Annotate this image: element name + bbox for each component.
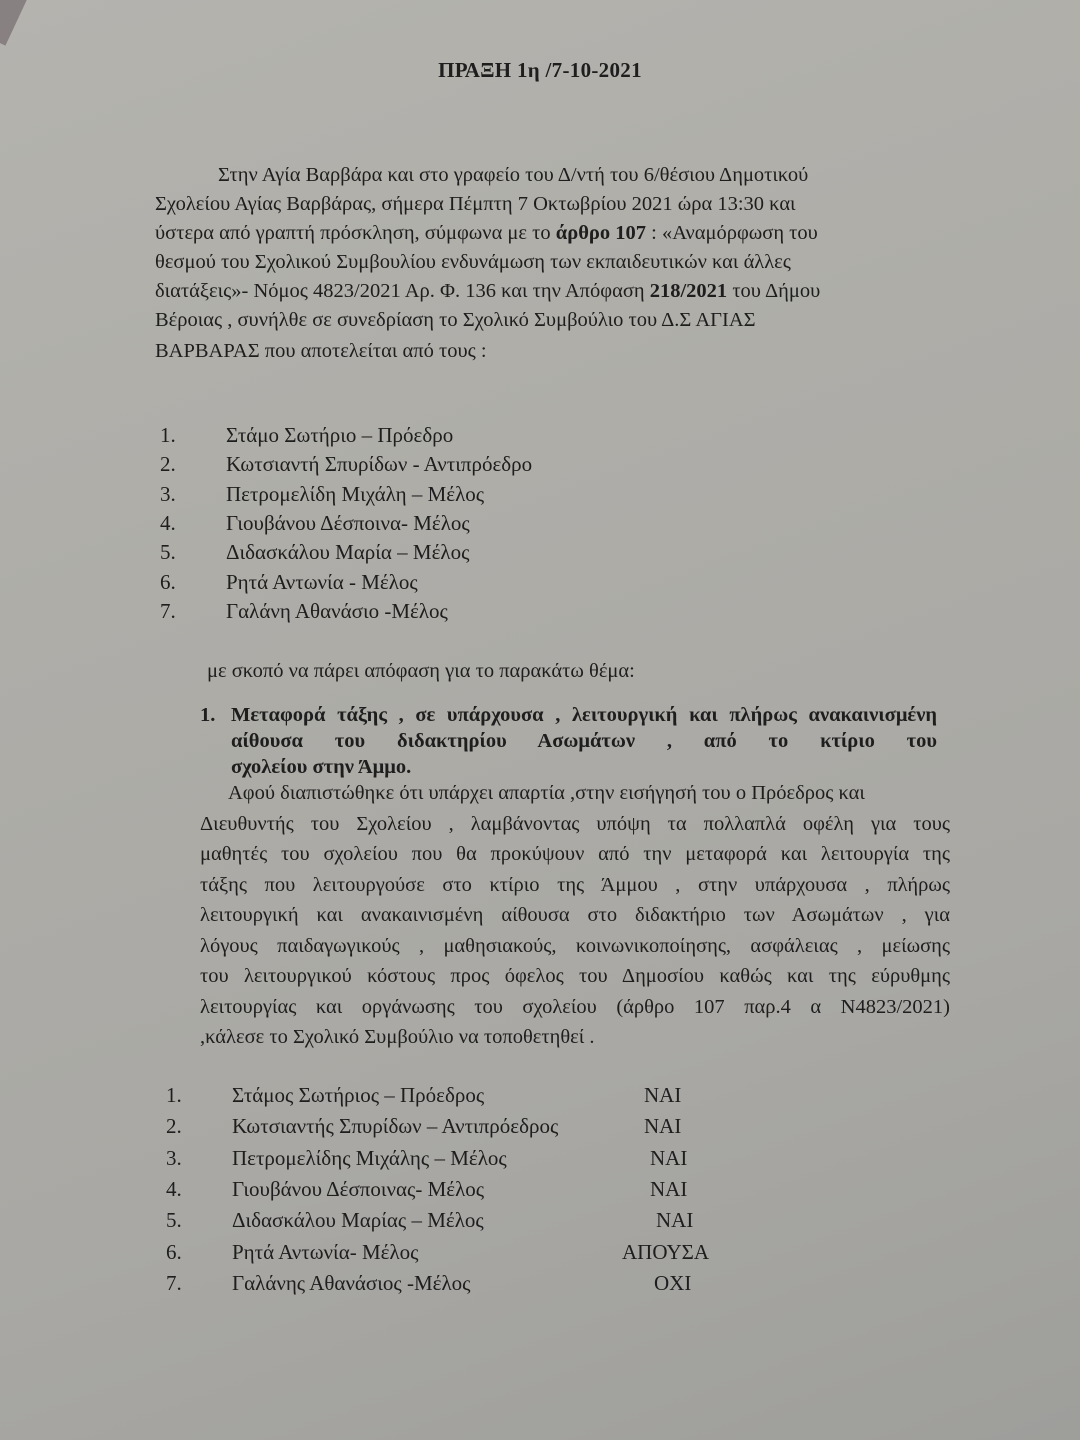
- vote-number: 3.: [166, 1146, 182, 1171]
- member-name: Γαλάνη Αθανάσιο -Μέλος: [226, 599, 448, 624]
- voter-name: Πετρομελίδης Μιχάλης – Μέλος: [232, 1146, 507, 1171]
- voter-name: Στάμος Σωτήριος – Πρόεδρος: [232, 1083, 484, 1108]
- intro-line: Στην Αγία Βαρβάρα και στο γραφείο του Δ/…: [218, 164, 808, 187]
- vote-value: ΝΑΙ: [644, 1114, 681, 1139]
- member-number: 4.: [160, 511, 176, 536]
- member-number: 1.: [160, 423, 176, 448]
- intro-line: ΒΑΡΒΑΡΑΣ που αποτελείται από τους :: [155, 340, 487, 363]
- voter-name: Κωτσιαντής Σπυρίδων – Αντιπρόεδρος: [232, 1114, 558, 1139]
- topic-text-end: σχολείου στην Άμμο.: [231, 754, 411, 780]
- member-name: Γιουβάνου Δέσποινα- Μέλος: [226, 511, 470, 536]
- vote-value: ΝΑΙ: [644, 1083, 681, 1108]
- intro-line: θεσμού του Σχολικού Συμβουλίου ενδυνάμωσ…: [155, 251, 791, 274]
- vote-value: ΝΑΙ: [656, 1208, 693, 1233]
- decision-line: τάξης που λειτουργούσε στο κτίριο της Άμ…: [200, 874, 950, 897]
- voter-name: Διδασκάλου Μαρίας – Μέλος: [232, 1208, 484, 1233]
- vote-value: ΟΧΙ: [654, 1271, 691, 1296]
- vote-value: ΝΑΙ: [650, 1177, 687, 1202]
- member-name: Πετρομελίδη Μιχάλη – Μέλος: [226, 482, 484, 507]
- decision-line: ,κάλεσε το Σχολικό Συμβούλιο να τοποθετη…: [200, 1026, 595, 1049]
- paper-corner-shadow: [0, 0, 31, 46]
- decision-line: λειτουργική και ανακαινισμένη αίθουσα στ…: [200, 904, 950, 927]
- voter-name: Γαλάνης Αθανάσιος -Μέλος: [232, 1271, 470, 1296]
- vote-number: 4.: [166, 1177, 182, 1202]
- member-number: 3.: [160, 482, 176, 507]
- decision-line: μαθητές του σχολείου που θα προκύψουν απ…: [200, 843, 950, 866]
- member-number: 5.: [160, 540, 176, 565]
- purpose-text: με σκοπό να πάρει απόφαση για το παρακάτ…: [207, 660, 635, 683]
- member-number: 6.: [160, 570, 176, 595]
- member-number: 2.: [160, 452, 176, 477]
- decision-line: του λειτουργικού κόστους προς όφελος του…: [200, 965, 950, 988]
- vote-number: 1.: [166, 1083, 182, 1108]
- member-name: Ρητά Αντωνία - Μέλος: [226, 570, 418, 595]
- document-title: ΠΡΑΞΗ 1η /7-10-2021: [0, 58, 1080, 83]
- decision-ref: 218/2021: [650, 280, 727, 302]
- vote-value: ΝΑΙ: [650, 1146, 687, 1171]
- article-ref: άρθρο 107: [556, 222, 646, 244]
- intro-text: διατάξεις»- Νόμος 4823/2021 Αρ. Φ. 136 κ…: [155, 280, 650, 302]
- member-name: Διδασκάλου Μαρία – Μέλος: [226, 540, 469, 565]
- vote-number: 2.: [166, 1114, 182, 1139]
- intro-line: Σχολείου Αγίας Βαρβάρας, σήμερα Πέμπτη 7…: [155, 193, 796, 216]
- topic-text: Μεταφορά τάξης , σε υπάρχουσα , λειτουργ…: [231, 702, 937, 754]
- intro-text: ύστερα από γραπτή πρόσκληση, σύμφωνα με …: [155, 222, 556, 244]
- vote-number: 6.: [166, 1240, 182, 1265]
- member-name: Στάμο Σωτήριο – Πρόεδρο: [226, 423, 453, 448]
- intro-line: ύστερα από γραπτή πρόσκληση, σύμφωνα με …: [155, 222, 818, 245]
- voter-name: Ρητά Αντωνία- Μέλος: [232, 1240, 418, 1265]
- decision-line: Διευθυντής του Σχολείου , λαμβάνοντας υπ…: [200, 813, 950, 836]
- vote-number: 7.: [166, 1271, 182, 1296]
- vote-value: ΑΠΟΥΣΑ: [622, 1240, 709, 1265]
- decision-line: Αφού διαπιστώθηκε ότι υπάρχει απαρτία ,σ…: [228, 782, 865, 805]
- intro-text: : «Αναμόρφωση του: [646, 222, 818, 244]
- vote-number: 5.: [166, 1208, 182, 1233]
- member-number: 7.: [160, 599, 176, 624]
- member-name: Κωτσιαντή Σπυρίδων - Αντιπρόεδρο: [226, 452, 532, 477]
- intro-line: διατάξεις»- Νόμος 4823/2021 Αρ. Φ. 136 κ…: [155, 280, 820, 303]
- topic-number: 1.: [200, 702, 215, 728]
- intro-text: του Δήμου: [727, 280, 820, 302]
- decision-line: λόγους παιδαγωγικούς , μαθησιακούς, κοιν…: [200, 935, 950, 958]
- decision-line: λειτουργίας και οργάνωσης του σχολείου (…: [200, 996, 950, 1019]
- voter-name: Γιουβάνου Δέσποινας- Μέλος: [232, 1177, 484, 1202]
- intro-line: Βέροιας , συνήλθε σε συνεδρίαση το Σχολι…: [155, 309, 756, 332]
